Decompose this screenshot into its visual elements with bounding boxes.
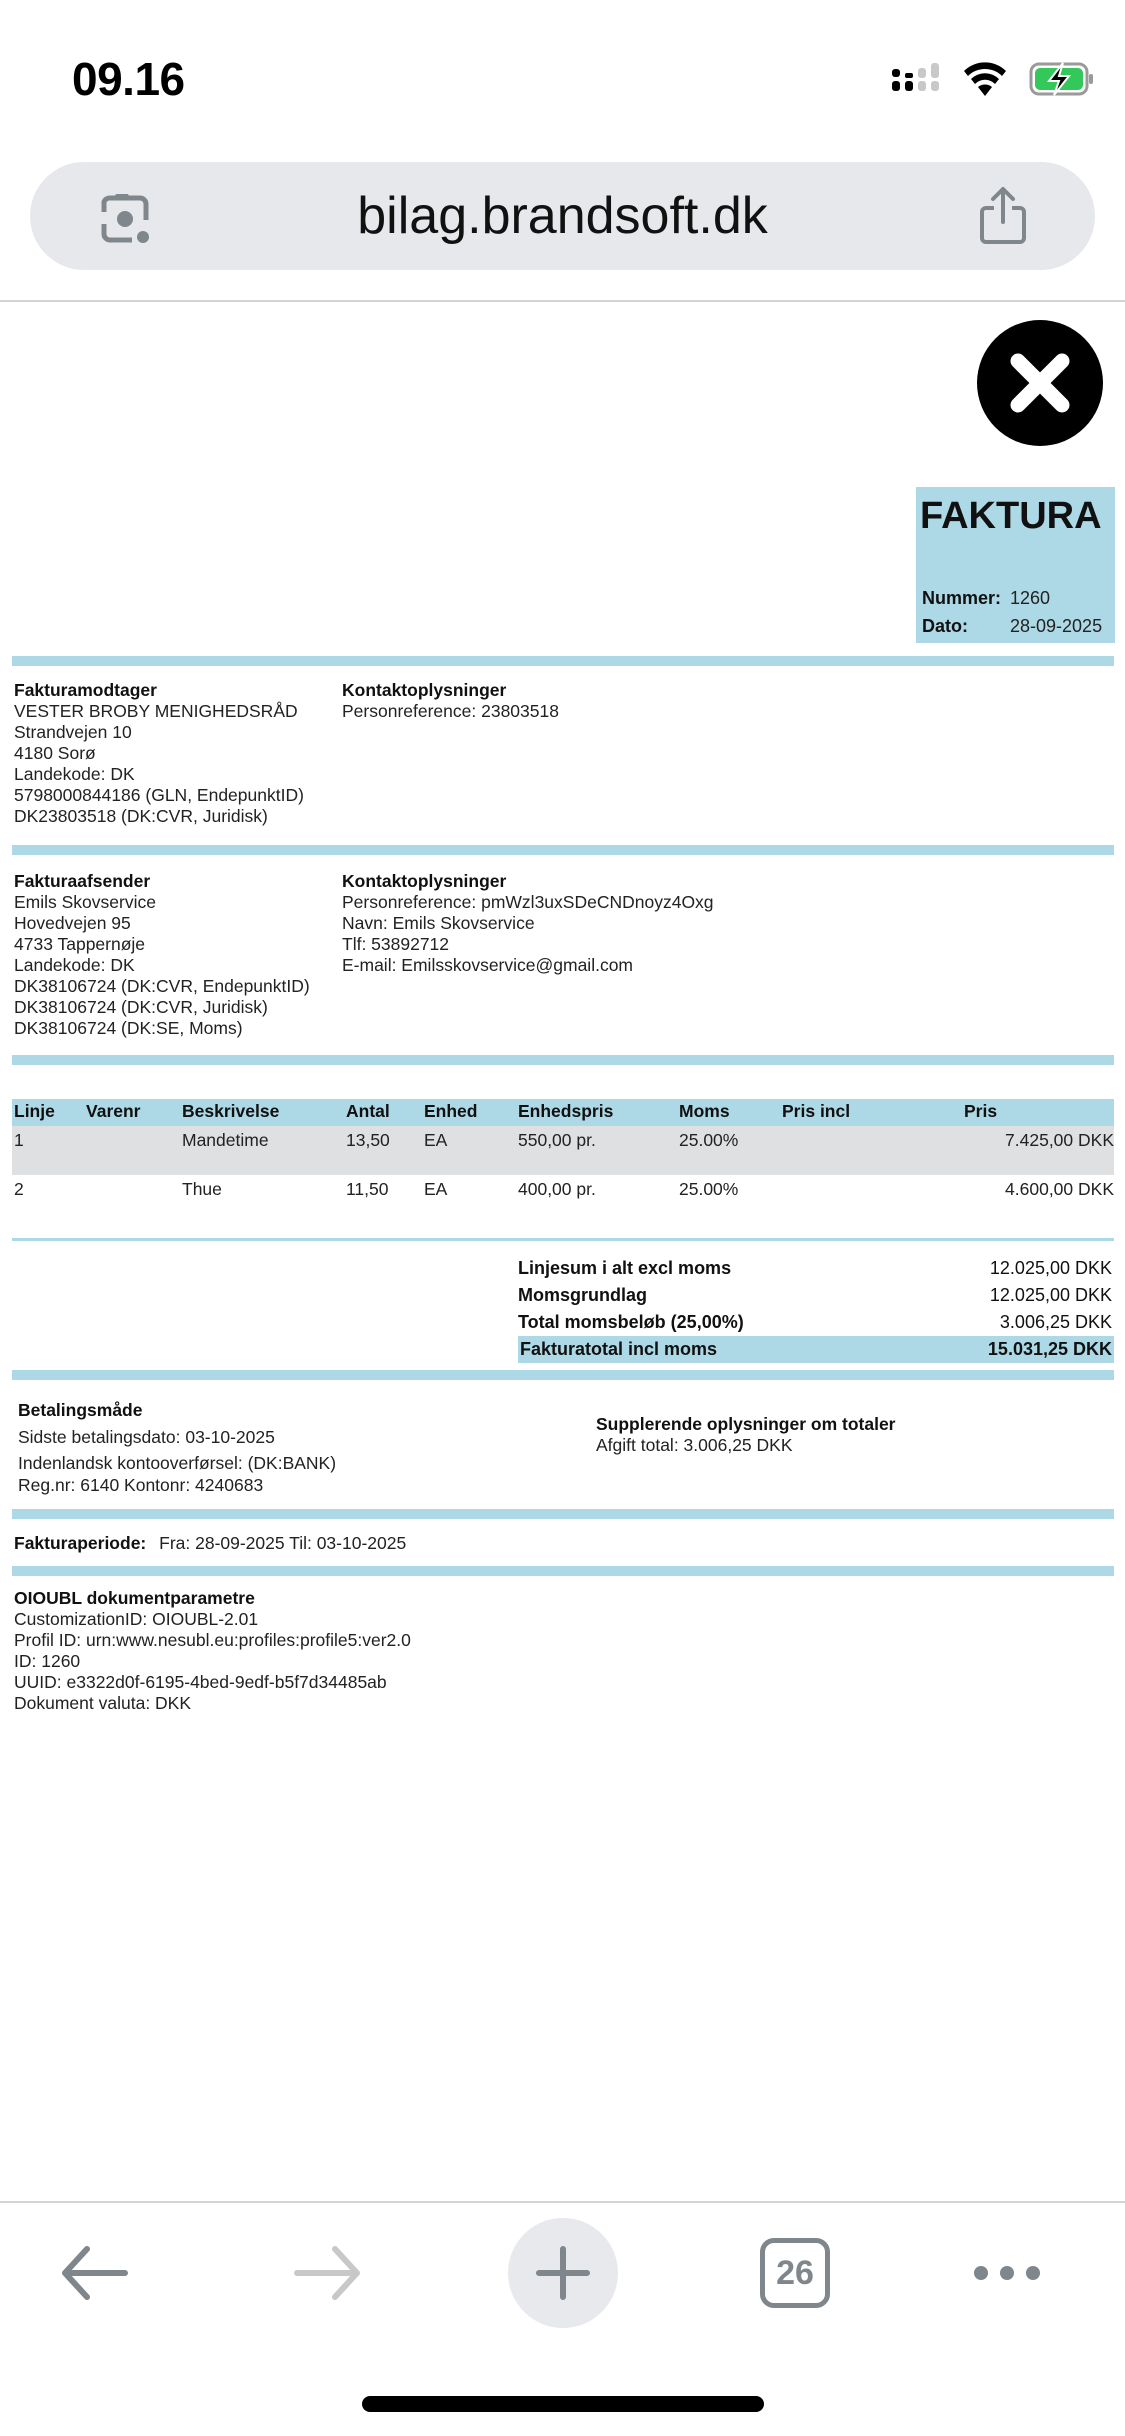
- totals-row: Momsgrundlag12.025,00 DKK: [518, 1282, 1114, 1309]
- sender-contact-line: Navn: Emils Skovservice: [342, 913, 714, 934]
- recipient-contact-heading: Kontaktoplysninger: [342, 680, 559, 701]
- section-divider: [12, 1055, 1114, 1065]
- oioubl-line: UUID: e3322d0f-6195-4bed-9edf-b5f7d34485…: [14, 1672, 411, 1693]
- table-cell: 13,50: [346, 1130, 390, 1151]
- column-header: Beskrivelse: [182, 1101, 279, 1122]
- tab-count: 26: [776, 2254, 814, 2293]
- section-divider: [12, 1370, 1114, 1380]
- url-text[interactable]: bilag.brandsoft.dk: [30, 162, 1095, 270]
- oioubl-line: ID: 1260: [14, 1651, 411, 1672]
- share-icon[interactable]: [977, 186, 1029, 251]
- table-cell: 1: [14, 1130, 24, 1151]
- invoice-date-label: Dato:: [922, 612, 1010, 640]
- table-cell: 11,50: [346, 1179, 389, 1200]
- close-button[interactable]: [977, 320, 1103, 446]
- recipient-line: 5798000844186 (GLN, EndepunktID): [14, 785, 304, 806]
- status-time: 09.16: [72, 52, 185, 106]
- sender-line: Emils Skovservice: [14, 892, 310, 913]
- section-divider: [12, 1566, 1114, 1576]
- divider: [0, 300, 1125, 302]
- table-cell: Thue: [182, 1179, 222, 1200]
- recipient-line: 4180 Sorø: [14, 743, 304, 764]
- sender-contact-heading: Kontaktoplysninger: [342, 871, 714, 892]
- oioubl-line: Dokument valuta: DKK: [14, 1693, 411, 1714]
- close-icon: [1008, 351, 1072, 415]
- section-divider: [12, 656, 1114, 666]
- column-header: Pris: [964, 1101, 997, 1122]
- sender-contact-line: Personreference: pmWzl3uxSDeCNDnoyz4Oxg: [342, 892, 714, 913]
- column-header: Enhedspris: [518, 1101, 613, 1122]
- table-cell: 400,00 pr.: [518, 1179, 596, 1200]
- sender-line: DK38106724 (DK:SE, Moms): [14, 1018, 310, 1039]
- table-cell: 4.600,00 DKK: [1005, 1179, 1114, 1200]
- sender-line: DK38106724 (DK:CVR, Juridisk): [14, 997, 310, 1018]
- table-cell: EA: [424, 1179, 447, 1200]
- totals-row: Linjesum i alt excl moms12.025,00 DKK: [518, 1255, 1114, 1282]
- recipient-line: VESTER BROBY MENIGHEDSRÅD: [14, 701, 304, 722]
- forward-arrow-icon: [291, 2243, 363, 2303]
- table-cell: Mandetime: [182, 1130, 269, 1151]
- plus-icon: [535, 2245, 591, 2301]
- recipient-line: DK23803518 (DK:CVR, Juridisk): [14, 806, 304, 827]
- column-header: Varenr: [86, 1101, 140, 1122]
- totals-row: Total momsbeløb (25,00%)3.006,25 DKK: [518, 1309, 1114, 1336]
- payment-heading: Betalingsmåde: [18, 1397, 275, 1424]
- oioubl-line: CustomizationID: OIOUBL-2.01: [14, 1609, 411, 1630]
- grand-total-row: Fakturatotal incl moms15.031,25 DKK: [518, 1336, 1114, 1363]
- table-cell: 25.00%: [679, 1130, 738, 1151]
- period-block: Fakturaperiode: Fra: 28-09-2025 Til: 03-…: [14, 1533, 406, 1554]
- wifi-icon: [963, 62, 1007, 96]
- sender-block: Fakturaafsender Emils Skovservice Hovedv…: [14, 871, 310, 1039]
- invoice-title: FAKTURA: [920, 495, 1102, 538]
- section-divider: [12, 845, 1114, 855]
- sender-line: Landekode: DK: [14, 955, 310, 976]
- more-icon: [971, 2263, 1043, 2283]
- oioubl-line: Profil ID: urn:www.nesubl.eu:profiles:pr…: [14, 1630, 411, 1651]
- invoice-header-box: FAKTURA Nummer:1260 Dato:28-09-2025: [916, 487, 1115, 643]
- sender-line: Hovedvejen 95: [14, 913, 310, 934]
- back-arrow-icon: [59, 2243, 131, 2303]
- payment-block: Betalingsmåde Sidste betalingsdato: 03-1…: [18, 1397, 275, 1451]
- supplementary-block: Supplerende oplysninger om totaler Afgif…: [596, 1414, 896, 1456]
- cellular-signal-icon: [891, 63, 941, 95]
- sender-email[interactable]: E-mail: Emilsskovservice@gmail.com: [342, 955, 714, 976]
- payment-line: Indenlandsk kontooverførsel: (DK:BANK): [18, 1452, 336, 1474]
- sender-line: 4733 Tappernøje: [14, 934, 310, 955]
- recipient-contact-block: Kontaktoplysninger Personreference: 2380…: [342, 680, 559, 722]
- recipient-line: Landekode: DK: [14, 764, 304, 785]
- column-header: Antal: [346, 1101, 390, 1122]
- invoice-number: 1260: [1010, 584, 1050, 612]
- home-indicator[interactable]: [362, 2396, 764, 2412]
- column-header: Enhed: [424, 1101, 477, 1122]
- address-bar[interactable]: bilag.brandsoft.dk: [30, 162, 1095, 270]
- section-divider: [12, 1509, 1114, 1519]
- totals-block: Linjesum i alt excl moms12.025,00 DKK Mo…: [518, 1255, 1114, 1363]
- recipient-contact-line: Personreference: 23803518: [342, 701, 559, 722]
- period-label: Fakturaperiode:: [14, 1533, 146, 1553]
- invoice-date: 28-09-2025: [1010, 612, 1102, 640]
- table-cell: 550,00 pr.: [518, 1130, 596, 1151]
- invoice-number-label: Nummer:: [922, 584, 1010, 612]
- sender-contact-block: Kontaktoplysninger Personreference: pmWz…: [342, 871, 714, 976]
- recipient-heading: Fakturamodtager: [14, 680, 304, 701]
- oioubl-heading: OIOUBL dokumentparametre: [14, 1588, 411, 1609]
- forward-button[interactable]: [272, 2218, 382, 2328]
- period-text: Fra: 28-09-2025 Til: 03-10-2025: [159, 1533, 406, 1553]
- recipient-block: Fakturamodtager VESTER BROBY MENIGHEDSRÅ…: [14, 680, 304, 827]
- toolbar-divider: [0, 2201, 1125, 2203]
- column-header: Pris incl: [782, 1101, 850, 1122]
- recipient-line: Strandvejen 10: [14, 722, 304, 743]
- table-cell: 2: [14, 1179, 24, 1200]
- payment-line: Reg.nr: 6140 Kontonr: 4240683: [18, 1474, 336, 1496]
- payment-bank-block: Indenlandsk kontooverførsel: (DK:BANK) R…: [18, 1452, 336, 1496]
- back-button[interactable]: [40, 2218, 150, 2328]
- table-cell: 7.425,00 DKK: [1005, 1130, 1114, 1151]
- column-header: Moms: [679, 1101, 730, 1122]
- payment-line: Sidste betalingsdato: 03-10-2025: [18, 1424, 275, 1451]
- supplementary-heading: Supplerende oplysninger om totaler: [596, 1414, 896, 1435]
- supplementary-line: Afgift total: 3.006,25 DKK: [596, 1435, 896, 1456]
- sender-contact-line: Tlf: 53892712: [342, 934, 714, 955]
- table-bottom-divider: [12, 1238, 1114, 1241]
- column-header: Linje: [14, 1101, 55, 1122]
- status-icons: [891, 62, 1095, 96]
- oioubl-block: OIOUBL dokumentparametre CustomizationID…: [14, 1588, 411, 1714]
- table-cell: EA: [424, 1130, 447, 1151]
- sender-line: DK38106724 (DK:CVR, EndepunktID): [14, 976, 310, 997]
- new-tab-button[interactable]: [508, 2218, 618, 2328]
- tabs-button[interactable]: 26: [740, 2218, 850, 2328]
- sender-heading: Fakturaafsender: [14, 871, 310, 892]
- table-cell: 25.00%: [679, 1179, 738, 1200]
- battery-charging-icon: [1029, 62, 1095, 96]
- more-button[interactable]: [952, 2218, 1062, 2328]
- tabs-icon: 26: [760, 2238, 830, 2308]
